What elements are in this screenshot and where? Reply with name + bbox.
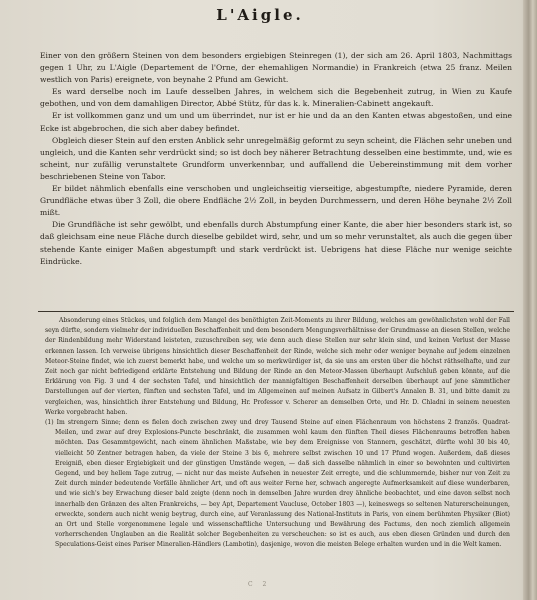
- paragraph-6: Die Grundfläche ist sehr gewölbt, und eb…: [40, 219, 512, 267]
- book-page: L'Aigle. Einer von den größern Steinen v…: [0, 0, 537, 600]
- footnotes: Absonderung eines Stückes, und folglich …: [45, 316, 510, 551]
- footnote-continuation: Absonderung eines Stückes, und folglich …: [45, 316, 510, 418]
- page-edge: [523, 0, 537, 600]
- footnote-1: (1) Im strengern Sinne; denn es fielen d…: [45, 418, 510, 551]
- main-text: Einer von den größern Steinen von dem be…: [40, 50, 512, 268]
- page-title: L'Aigle.: [0, 6, 520, 24]
- signature-mark: C 2: [248, 581, 270, 588]
- paragraph-5: Er bildet nähmlich ebenfalls eine versch…: [40, 183, 512, 219]
- paragraph-3: Er ist vollkommen ganz und um und um übe…: [40, 110, 512, 134]
- paragraph-1: Einer von den größern Steinen von dem be…: [40, 50, 512, 86]
- paragraph-4: Obgleich dieser Stein auf den ersten Anb…: [40, 135, 512, 183]
- paragraph-2: Es ward derselbe noch im Laufe desselben…: [40, 86, 512, 110]
- footnote-divider: [38, 311, 514, 312]
